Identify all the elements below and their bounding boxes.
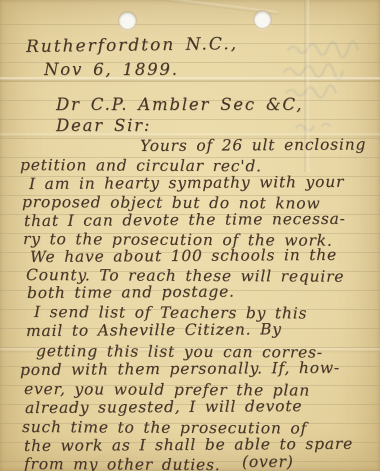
body-line: petition and circular rec'd. [20, 156, 262, 175]
letter-page: Rutherfordton N.C., Nov 6, 1899. Dr C.P.… [0, 0, 380, 471]
body-line: pond with them personally. If, how- [20, 359, 340, 379]
heading-date: Nov 6, 1899. [44, 60, 179, 79]
body-line: mail to Asheville Citizen. By [26, 320, 282, 340]
punch-hole-left [119, 12, 136, 29]
heading-place: Rutherfordton N.C., [26, 34, 238, 57]
salutation: Dear Sir: [56, 116, 151, 135]
body-line: I am in hearty sympathy with your [29, 173, 344, 193]
body-line: We have about 100 schools in the [30, 246, 337, 266]
over-note: (over) [242, 453, 294, 471]
body-line: that I can devote the time necessa- [24, 210, 346, 230]
body-line: both time and postage. [27, 283, 235, 302]
body-line: Yours of 26 ult enclosing [140, 135, 366, 155]
body-line: the work as I shall be able to spare [24, 435, 353, 455]
body-line: already sugested, I will devote [25, 397, 302, 417]
recipient-line: Dr C.P. Ambler Sec &C, [56, 95, 303, 114]
body-line: from my other duties. [24, 455, 221, 471]
punch-hole-right [254, 11, 271, 28]
